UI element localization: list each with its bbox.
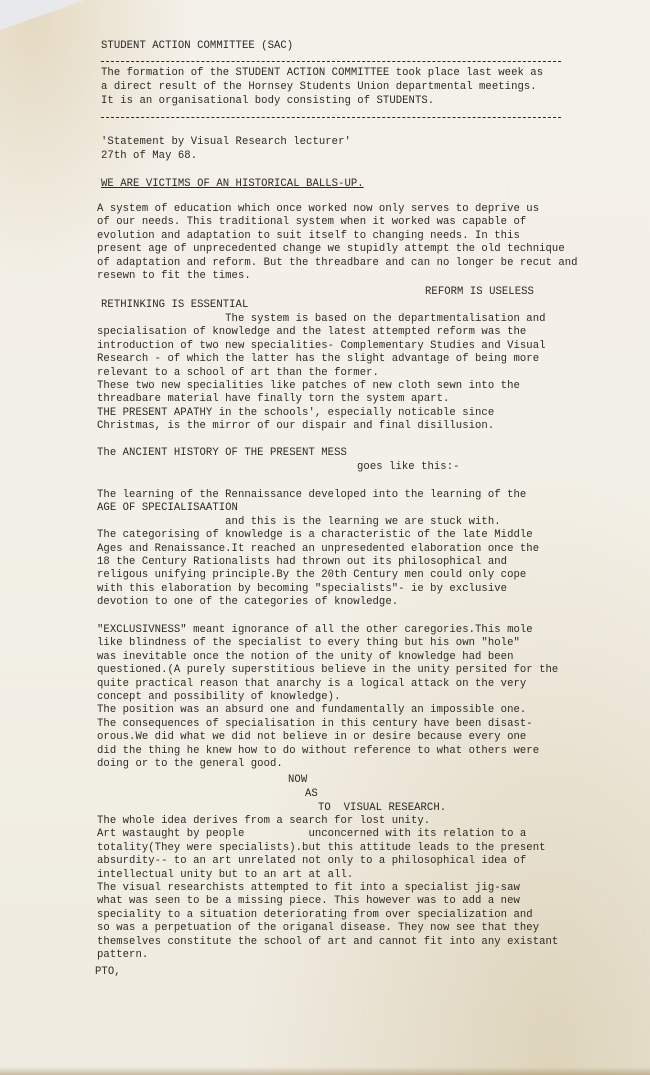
paragraph2-line: introduction of two new specialities- Co… (97, 340, 546, 353)
paragraph2-line: These two new specialities like patches … (97, 380, 520, 393)
intro-line-1: The formation of the STUDENT ACTION COMM… (101, 67, 543, 80)
paragraph3-line: The learning of the Rennaissance develop… (97, 489, 526, 502)
paragraph4-line: orous.We did what we did not believe in … (97, 731, 526, 744)
paragraph4-line: was inevitable once the notion of the un… (97, 651, 513, 664)
paragraph3-line: Ages and Renaissance.It reached an unpre… (97, 543, 539, 556)
paragraph4-line: "EXCLUSIVNESS" meant ignorance of all th… (97, 624, 533, 637)
paragraph1-line: present age of unprecedented change we s… (97, 243, 565, 256)
paragraph4-line: did the thing he knew how to do without … (97, 745, 539, 758)
folded-corner (0, 0, 85, 30)
paragraph2-line: specialisation of knowledge and the late… (97, 326, 526, 339)
statement-byline: 'Statement by Visual Research lecturer' (101, 136, 351, 149)
paragraph5-line: so was a perpetuation of the origanal di… (97, 922, 539, 935)
paragraph5-line: themselves constitute the school of art … (97, 936, 558, 949)
paragraph4-line: like blindness of the specialist to ever… (97, 637, 520, 650)
paragraph5-line: absurdity-- to an art unrelated not only… (97, 855, 526, 868)
paragraph2-line: Christmas, is the mirror of our dispair … (97, 420, 494, 433)
paragraph1-line: evolution and adaptation to suit itself … (97, 230, 520, 243)
rethinking-is-essential: RETHINKING IS ESSENTIAL (101, 299, 248, 312)
paragraph4-line: questioned.(A purely superstitious belie… (97, 664, 558, 677)
divider-top (101, 61, 561, 62)
now-heading-1: NOW (288, 774, 307, 787)
now-heading-3: TO VISUAL RESEARCH. (318, 802, 446, 815)
paragraph1-line: resewn to fit the times. (97, 270, 251, 283)
paragraph3-line: The categorising of knowledge is a chara… (97, 529, 533, 542)
paragraph5-line: speciality to a situation deteriorating … (97, 909, 533, 922)
paragraph3-line: with this elaboration by becoming "speci… (97, 583, 507, 596)
paragraph4-line: The consequences of specialisation in th… (97, 718, 533, 731)
paragraph2-line: Research - of which the latter has the s… (97, 353, 539, 366)
paragraph4-line: concept and possibility of knowledge). (97, 691, 340, 704)
paragraph1-line: of adaptation and reform. But the thread… (97, 257, 578, 270)
paragraph3-line: religous unifying principle.By the 20th … (97, 569, 526, 582)
paragraph4-line: doing or to the general good. (97, 758, 283, 771)
paragraph2-line: threadbare material have finally torn th… (97, 393, 449, 406)
paragraph3-line: and this is the learning we are stuck wi… (97, 516, 501, 529)
statement-date: 27th of May 68. (101, 150, 197, 163)
ancient-history-heading: The ANCIENT HISTORY OF THE PRESENT MESS (97, 447, 347, 460)
paper-edge (0, 1067, 650, 1075)
headline: WE ARE VICTIMS OF AN HISTORICAL BALLS-UP… (101, 178, 364, 191)
paragraph2-line: THE PRESENT APATHY in the schools', espe… (97, 407, 494, 420)
paragraph5-line: The visual researchists attempted to fit… (97, 882, 520, 895)
document-title: STUDENT ACTION COMMITTEE (SAC) (101, 40, 293, 53)
intro-line-3: It is an organisational body consisting … (101, 95, 434, 108)
reform-is-useless: REFORM IS USELESS (425, 286, 534, 299)
paragraph2-line: relevant to a school of art than the for… (97, 367, 379, 380)
paragraph4-line: The position was an absurd one and funda… (97, 704, 526, 717)
paragraph1-line: A system of education which once worked … (97, 203, 539, 216)
paragraph2-line: The system is based on the departmentali… (97, 313, 546, 326)
page-footer-pto: PTO, (95, 966, 121, 979)
paragraph5-line: what was seen to be a missing piece. Thi… (97, 895, 520, 908)
typewritten-page: STUDENT ACTION COMMITTEE (SAC) The forma… (0, 0, 650, 1075)
ancient-history-continuation: goes like this:- (357, 461, 460, 474)
paragraph3-line: devotion to one of the categories of kno… (97, 596, 398, 609)
paragraph5-line: intellectual unity but to an art at all. (97, 869, 353, 882)
paragraph1-line: of our needs. This traditional system wh… (97, 216, 526, 229)
paragraph3-line: 18 the Century Rationalists had thrown o… (97, 556, 507, 569)
paragraph5-line: The whole idea derives from a search for… (97, 815, 430, 828)
paragraph4-line: quite practical reason that anarchy is a… (97, 678, 526, 691)
divider-bottom (101, 117, 561, 118)
paragraph5-line: totality(They were specialists).but this… (97, 842, 546, 855)
paragraph5-line: pattern. (97, 949, 148, 962)
now-heading-2: AS (305, 788, 318, 801)
paragraph3-line: AGE OF SPECIALISAATION (97, 502, 238, 515)
intro-line-2: a direct result of the Hornsey Students … (101, 81, 537, 94)
paragraph5-line: Art wastaught by people unconcerned with… (97, 828, 526, 841)
